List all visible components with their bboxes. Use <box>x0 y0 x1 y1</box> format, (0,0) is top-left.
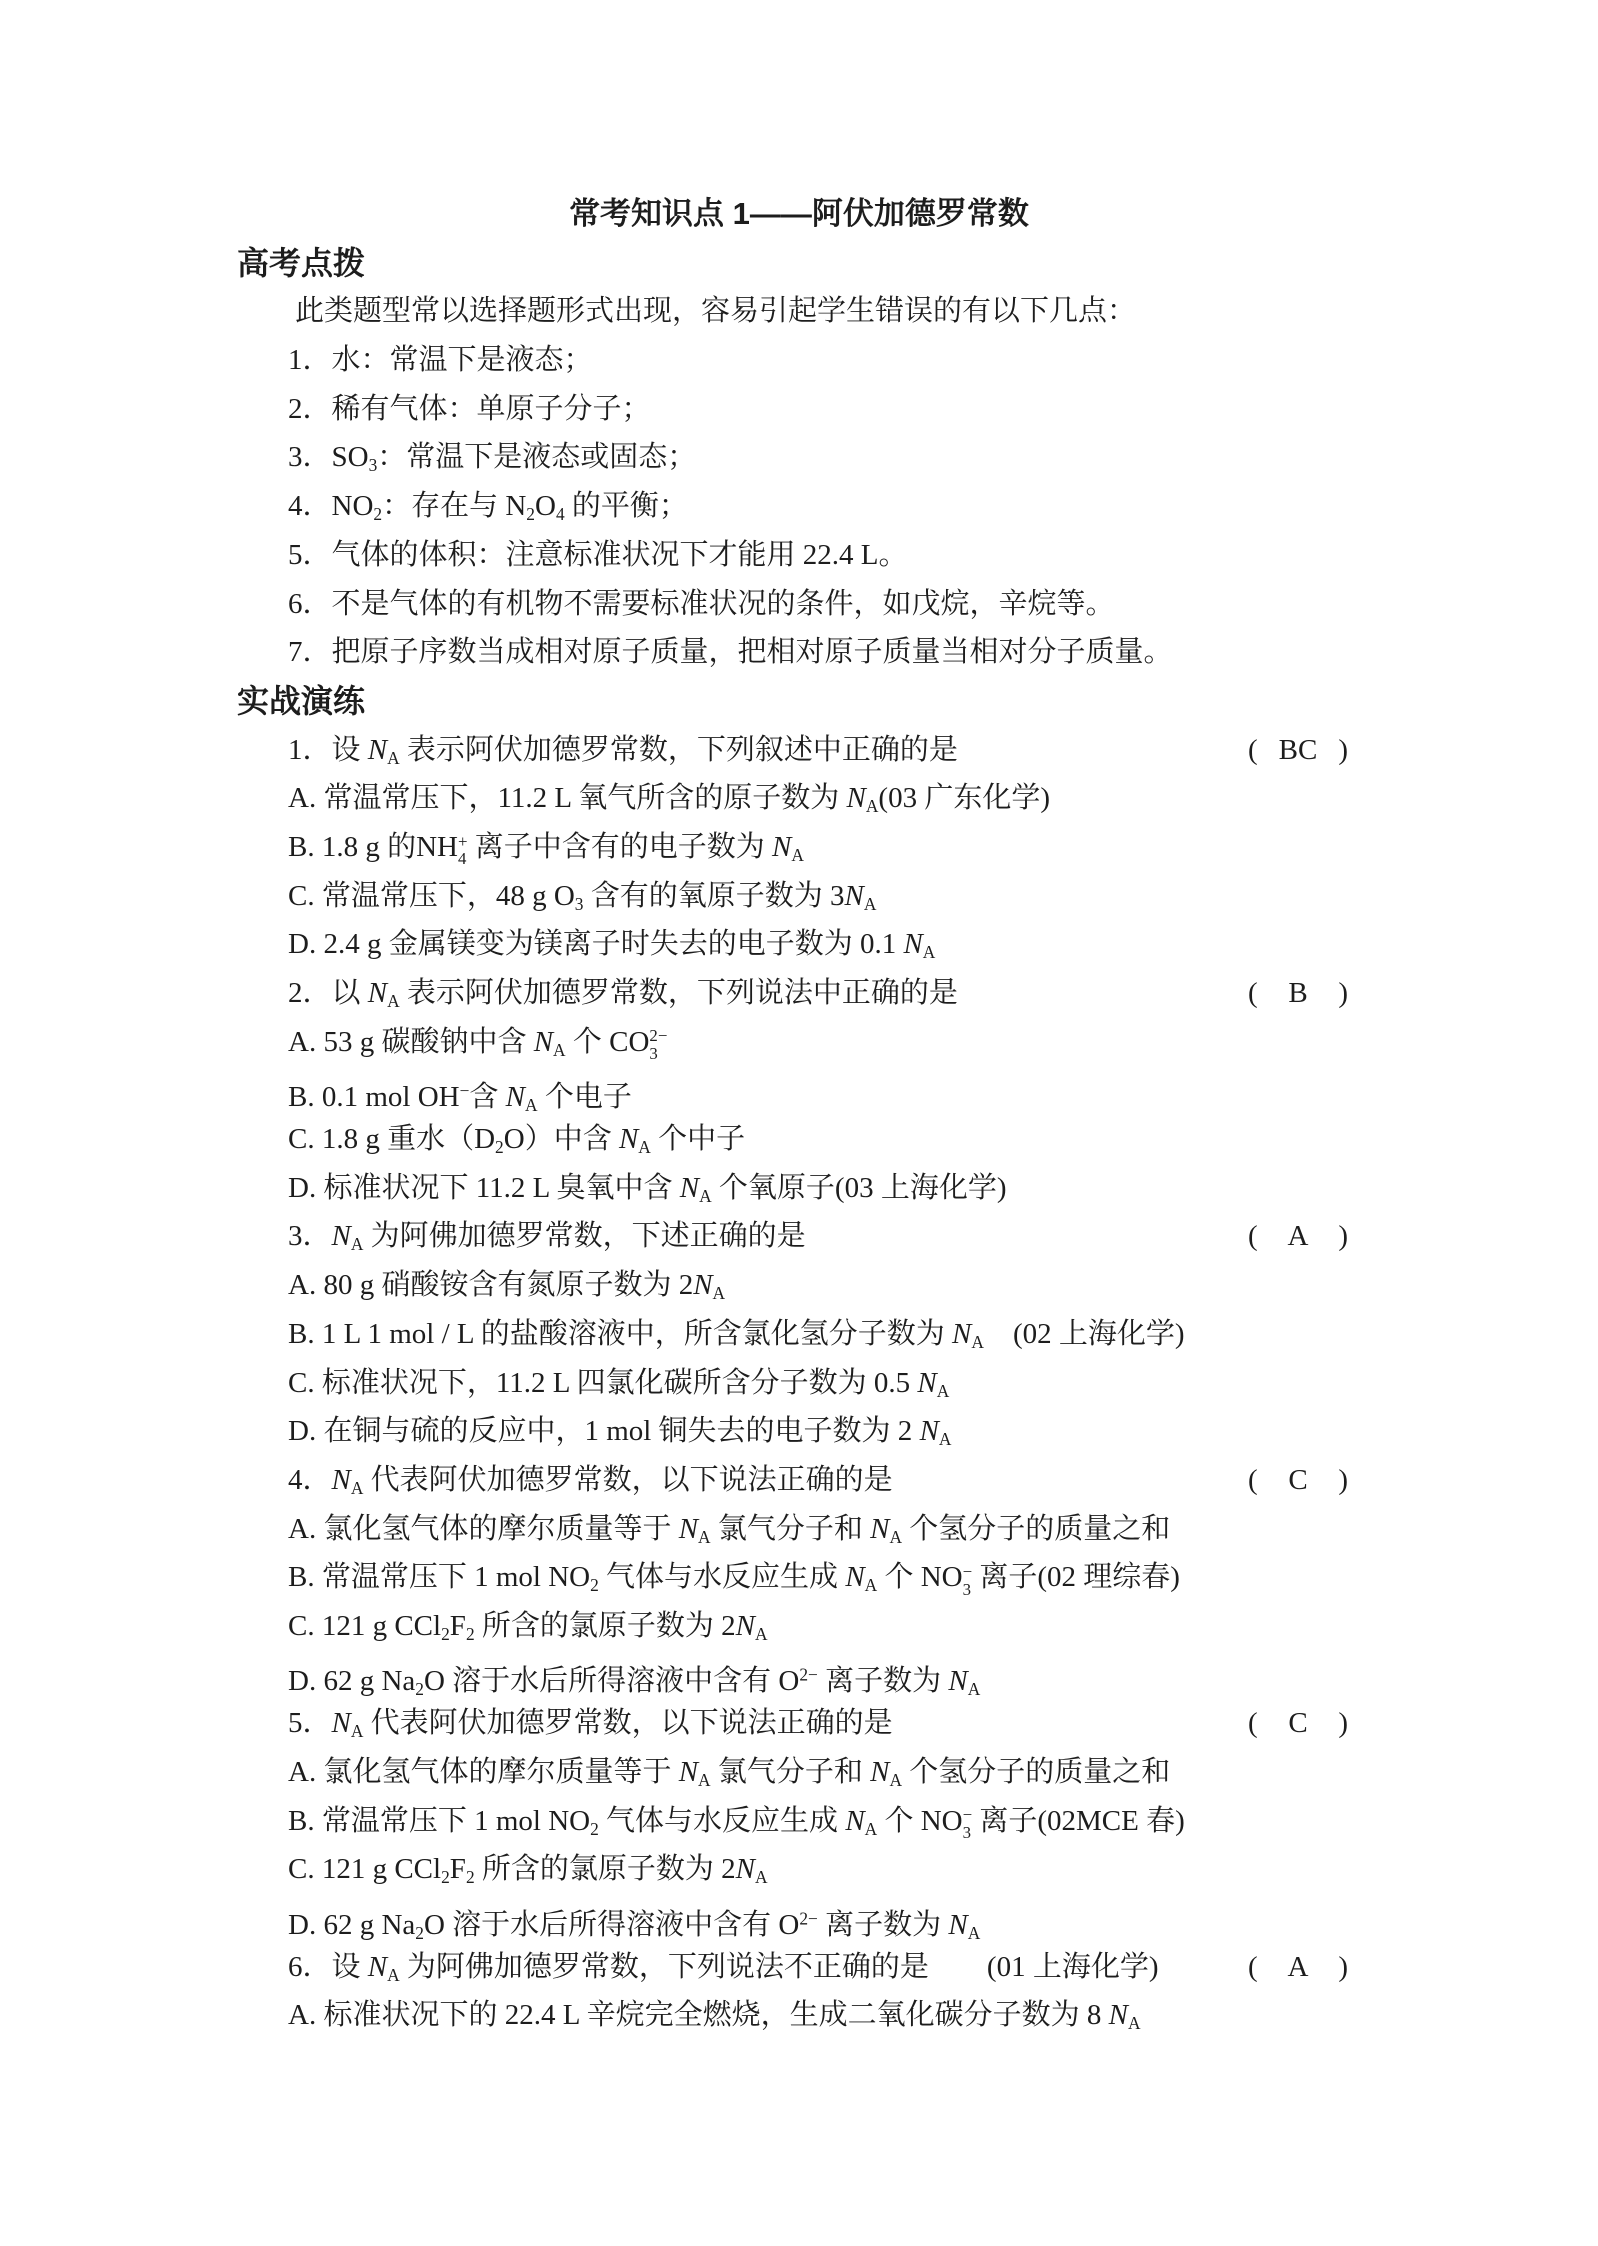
paren-open-glyph: ( <box>1248 726 1258 775</box>
question-stem: 2．以 NA 表示阿伏加德罗常数，下列说法中正确的是(B) <box>0 969 1598 1018</box>
answer-bracket: (BC) <box>1248 726 1348 775</box>
option-line: B. 常温常压下 1 mol NO2 气体与水反应生成 NA 个 NO 离子(0… <box>0 1797 1598 1846</box>
question-stem-text: 3．NA 为阿佛加德罗常数，下述正确的是 <box>288 1220 806 1252</box>
option-line-text: B. 常温常压下 1 mol NO2 气体与水反应生成 NA 个 NO 离子(0… <box>288 1561 1180 1593</box>
paren-open-glyph: ( <box>1248 969 1258 1018</box>
paren-close-glyph: ) <box>1338 726 1348 775</box>
point-line-text: 2．稀有气体：单原子分子； <box>288 393 651 425</box>
option-line-text: C. 1.8 g 重水（D2O）中含 NA 个中子 <box>288 1123 745 1155</box>
point-line-text: 1．水：常温下是液态； <box>288 344 593 376</box>
option-line-text: D. 标准状况下 11.2 L 臭氧中含 NA 个氧原子(03 上海化学) <box>288 1172 1007 1204</box>
document-content: 常考知识点 1——阿伏加德罗常数高考点拨此类题型常以选择题形式出现，容易引起学生… <box>0 190 1598 2040</box>
document-page: 常考知识点 1——阿伏加德罗常数高考点拨此类题型常以选择题形式出现，容易引起学生… <box>0 0 1598 2246</box>
answer-letter: A <box>1288 1212 1309 1261</box>
question-stem: 1．设 NA 表示阿伏加德罗常数，下列叙述中正确的是(BC) <box>0 726 1598 775</box>
paren-close-glyph: ) <box>1338 1943 1348 1992</box>
option-line-text: A. 常温常压下，11.2 L 氧气所含的原子数为 NA(03 广东化学) <box>288 782 1050 814</box>
section-header-text: 高考点拨 <box>237 245 365 281</box>
question-stem-text: 2．以 NA 表示阿伏加德罗常数，下列说法中正确的是 <box>288 977 958 1009</box>
option-line: C. 1.8 g 重水（D2O）中含 NA 个中子 <box>0 1115 1598 1164</box>
option-line-text: B. 常温常压下 1 mol NO2 气体与水反应生成 NA 个 NO 离子(0… <box>288 1805 1185 1837</box>
paren-open-glyph: ( <box>1248 1456 1258 1505</box>
paren-close-glyph: ) <box>1338 1212 1348 1261</box>
answer-letter: BC <box>1279 726 1318 775</box>
option-line: A. 氯化氢气体的摩尔质量等于 NA 氯气分子和 NA 个氢分子的质量之和 <box>0 1748 1598 1797</box>
point-line: 4．NO2：存在与 N2O4 的平衡； <box>0 482 1598 531</box>
option-line-text: C. 121 g CCl2F2 所含的氯原子数为 2NA <box>288 1853 768 1885</box>
option-line-text: C. 121 g CCl2F2 所含的氯原子数为 2NA <box>288 1610 768 1642</box>
point-line-text: 3．SO3：常温下是液态或固态； <box>288 441 696 473</box>
answer-letter: C <box>1288 1699 1307 1748</box>
point-line: 1．水：常温下是液态； <box>0 336 1598 385</box>
option-line: A. 常温常压下，11.2 L 氧气所含的原子数为 NA(03 广东化学) <box>0 774 1598 823</box>
intro-line: 此类题型常以选择题形式出现，容易引起学生错误的有以下几点： <box>0 287 1598 336</box>
section-header: 实战演练 <box>0 677 1598 726</box>
paren-open-glyph: ( <box>1248 1699 1258 1748</box>
option-line: B. 1 L 1 mol / L 的盐酸溶液中，所含氯化氢分子数为 NA (02… <box>0 1310 1598 1359</box>
option-line-text: B. 1 L 1 mol / L 的盐酸溶液中，所含氯化氢分子数为 NA (02… <box>288 1318 1185 1350</box>
section-header: 高考点拨 <box>0 239 1598 288</box>
option-line: A. 53 g 碳酸钠中含 NA 个 CO <box>0 1018 1598 1067</box>
question-stem: 6．设 NA 为阿佛加德罗常数，下列说法不正确的是 (01 上海化学)(A) <box>0 1943 1598 1992</box>
option-line: A. 氯化氢气体的摩尔质量等于 NA 氯气分子和 NA 个氢分子的质量之和 <box>0 1505 1598 1554</box>
answer-bracket: (B) <box>1248 969 1348 1018</box>
doc-title: 常考知识点 1——阿伏加德罗常数 <box>0 190 1598 239</box>
point-line: 5．气体的体积：注意标准状况下才能用 22.4 L。 <box>0 531 1598 580</box>
point-line-text: 5．气体的体积：注意标准状况下才能用 22.4 L。 <box>288 539 907 571</box>
option-line-text: D. 62 g Na2O 溶于水后所得溶液中含有 O2− 离子数为 NA <box>288 1909 980 1941</box>
option-line-text: B. 0.1 mol OH−含 NA 个电子 <box>288 1081 632 1113</box>
question-stem-text: 6．设 NA 为阿佛加德罗常数，下列说法不正确的是 (01 上海化学) <box>288 1951 1159 1983</box>
answer-bracket: (A) <box>1248 1943 1348 1992</box>
point-line: 6．不是气体的有机物不需要标准状况的条件，如戊烷，辛烷等。 <box>0 580 1598 629</box>
question-stem-text: 1．设 NA 表示阿伏加德罗常数，下列叙述中正确的是 <box>288 734 958 766</box>
point-line-text: 6．不是气体的有机物不需要标准状况的条件，如戊烷，辛烷等。 <box>288 588 1115 620</box>
question-stem-text: 5．NA 代表阿伏加德罗常数，以下说法正确的是 <box>288 1707 893 1739</box>
option-line-text: A. 标准状况下的 22.4 L 辛烷完全燃烧，生成二氧化碳分子数为 8 NA <box>288 1999 1141 2031</box>
answer-letter: C <box>1288 1456 1307 1505</box>
option-line: D. 在铜与硫的反应中，1 mol 铜失去的电子数为 2 NA <box>0 1407 1598 1456</box>
paren-close-glyph: ) <box>1338 1456 1348 1505</box>
question-stem: 5．NA 代表阿伏加德罗常数，以下说法正确的是(C) <box>0 1699 1598 1748</box>
point-line-text: 7．把原子序数当成相对原子质量，把相对原子质量当相对分子质量。 <box>288 636 1173 668</box>
option-line-text: C. 常温常压下，48 g O3 含有的氧原子数为 3NA <box>288 880 876 912</box>
option-line: B. 常温常压下 1 mol NO2 气体与水反应生成 NA 个 NO 离子(0… <box>0 1553 1598 1602</box>
option-line: D. 2.4 g 金属镁变为镁离子时失去的电子数为 0.1 NA <box>0 920 1598 969</box>
option-line-text: D. 62 g Na2O 溶于水后所得溶液中含有 O2− 离子数为 NA <box>288 1665 980 1697</box>
question-stem: 4．NA 代表阿伏加德罗常数，以下说法正确的是(C) <box>0 1456 1598 1505</box>
paren-open-glyph: ( <box>1248 1212 1258 1261</box>
point-line: 3．SO3：常温下是液态或固态； <box>0 433 1598 482</box>
option-line-text: D. 在铜与硫的反应中，1 mol 铜失去的电子数为 2 NA <box>288 1415 951 1447</box>
option-line: C. 常温常压下，48 g O3 含有的氧原子数为 3NA <box>0 872 1598 921</box>
point-line: 7．把原子序数当成相对原子质量，把相对原子质量当相对分子质量。 <box>0 628 1598 677</box>
option-line: D. 62 g Na2O 溶于水后所得溶液中含有 O2− 离子数为 NA <box>0 1651 1598 1700</box>
intro-line-text: 此类题型常以选择题形式出现，容易引起学生错误的有以下几点： <box>295 295 1136 327</box>
option-line-text: A. 氯化氢气体的摩尔质量等于 NA 氯气分子和 NA 个氢分子的质量之和 <box>288 1513 1170 1545</box>
option-line: A. 标准状况下的 22.4 L 辛烷完全燃烧，生成二氧化碳分子数为 8 NA <box>0 1991 1598 2040</box>
option-line-text: B. 1.8 g 的NH 离子中含有的电子数为 NA <box>288 831 804 863</box>
option-line: C. 标准状况下，11.2 L 四氯化碳所含分子数为 0.5 NA <box>0 1359 1598 1408</box>
answer-letter: B <box>1288 969 1307 1018</box>
option-line: B. 0.1 mol OH−含 NA 个电子 <box>0 1066 1598 1115</box>
paren-close-glyph: ) <box>1338 969 1348 1018</box>
answer-letter: A <box>1288 1943 1309 1992</box>
option-line: A. 80 g 硝酸铵含有氮原子数为 2NA <box>0 1261 1598 1310</box>
option-line-text: A. 氯化氢气体的摩尔质量等于 NA 氯气分子和 NA 个氢分子的质量之和 <box>288 1756 1170 1788</box>
point-line-text: 4．NO2：存在与 N2O4 的平衡； <box>288 490 688 522</box>
section-header-text: 实战演练 <box>237 683 365 719</box>
question-stem: 3．NA 为阿佛加德罗常数，下述正确的是(A) <box>0 1212 1598 1261</box>
paren-close-glyph: ) <box>1338 1699 1348 1748</box>
option-line-text: C. 标准状况下，11.2 L 四氯化碳所含分子数为 0.5 NA <box>288 1367 949 1399</box>
option-line: D. 标准状况下 11.2 L 臭氧中含 NA 个氧原子(03 上海化学) <box>0 1164 1598 1213</box>
point-line: 2．稀有气体：单原子分子； <box>0 385 1598 434</box>
answer-bracket: (A) <box>1248 1212 1348 1261</box>
answer-bracket: (C) <box>1248 1456 1348 1505</box>
option-line: D. 62 g Na2O 溶于水后所得溶液中含有 O2− 离子数为 NA <box>0 1894 1598 1943</box>
option-line-text: A. 53 g 碳酸钠中含 NA 个 CO <box>288 1026 667 1058</box>
option-line: B. 1.8 g 的NH 离子中含有的电子数为 NA <box>0 823 1598 872</box>
doc-title-text: 常考知识点 1——阿伏加德罗常数 <box>569 196 1029 231</box>
option-line: C. 121 g CCl2F2 所含的氯原子数为 2NA <box>0 1602 1598 1651</box>
option-line-text: D. 2.4 g 金属镁变为镁离子时失去的电子数为 0.1 NA <box>288 928 935 960</box>
option-line-text: A. 80 g 硝酸铵含有氮原子数为 2NA <box>288 1269 725 1301</box>
question-stem-text: 4．NA 代表阿伏加德罗常数，以下说法正确的是 <box>288 1464 893 1496</box>
answer-bracket: (C) <box>1248 1699 1348 1748</box>
paren-open-glyph: ( <box>1248 1943 1258 1992</box>
option-line: C. 121 g CCl2F2 所含的氯原子数为 2NA <box>0 1845 1598 1894</box>
